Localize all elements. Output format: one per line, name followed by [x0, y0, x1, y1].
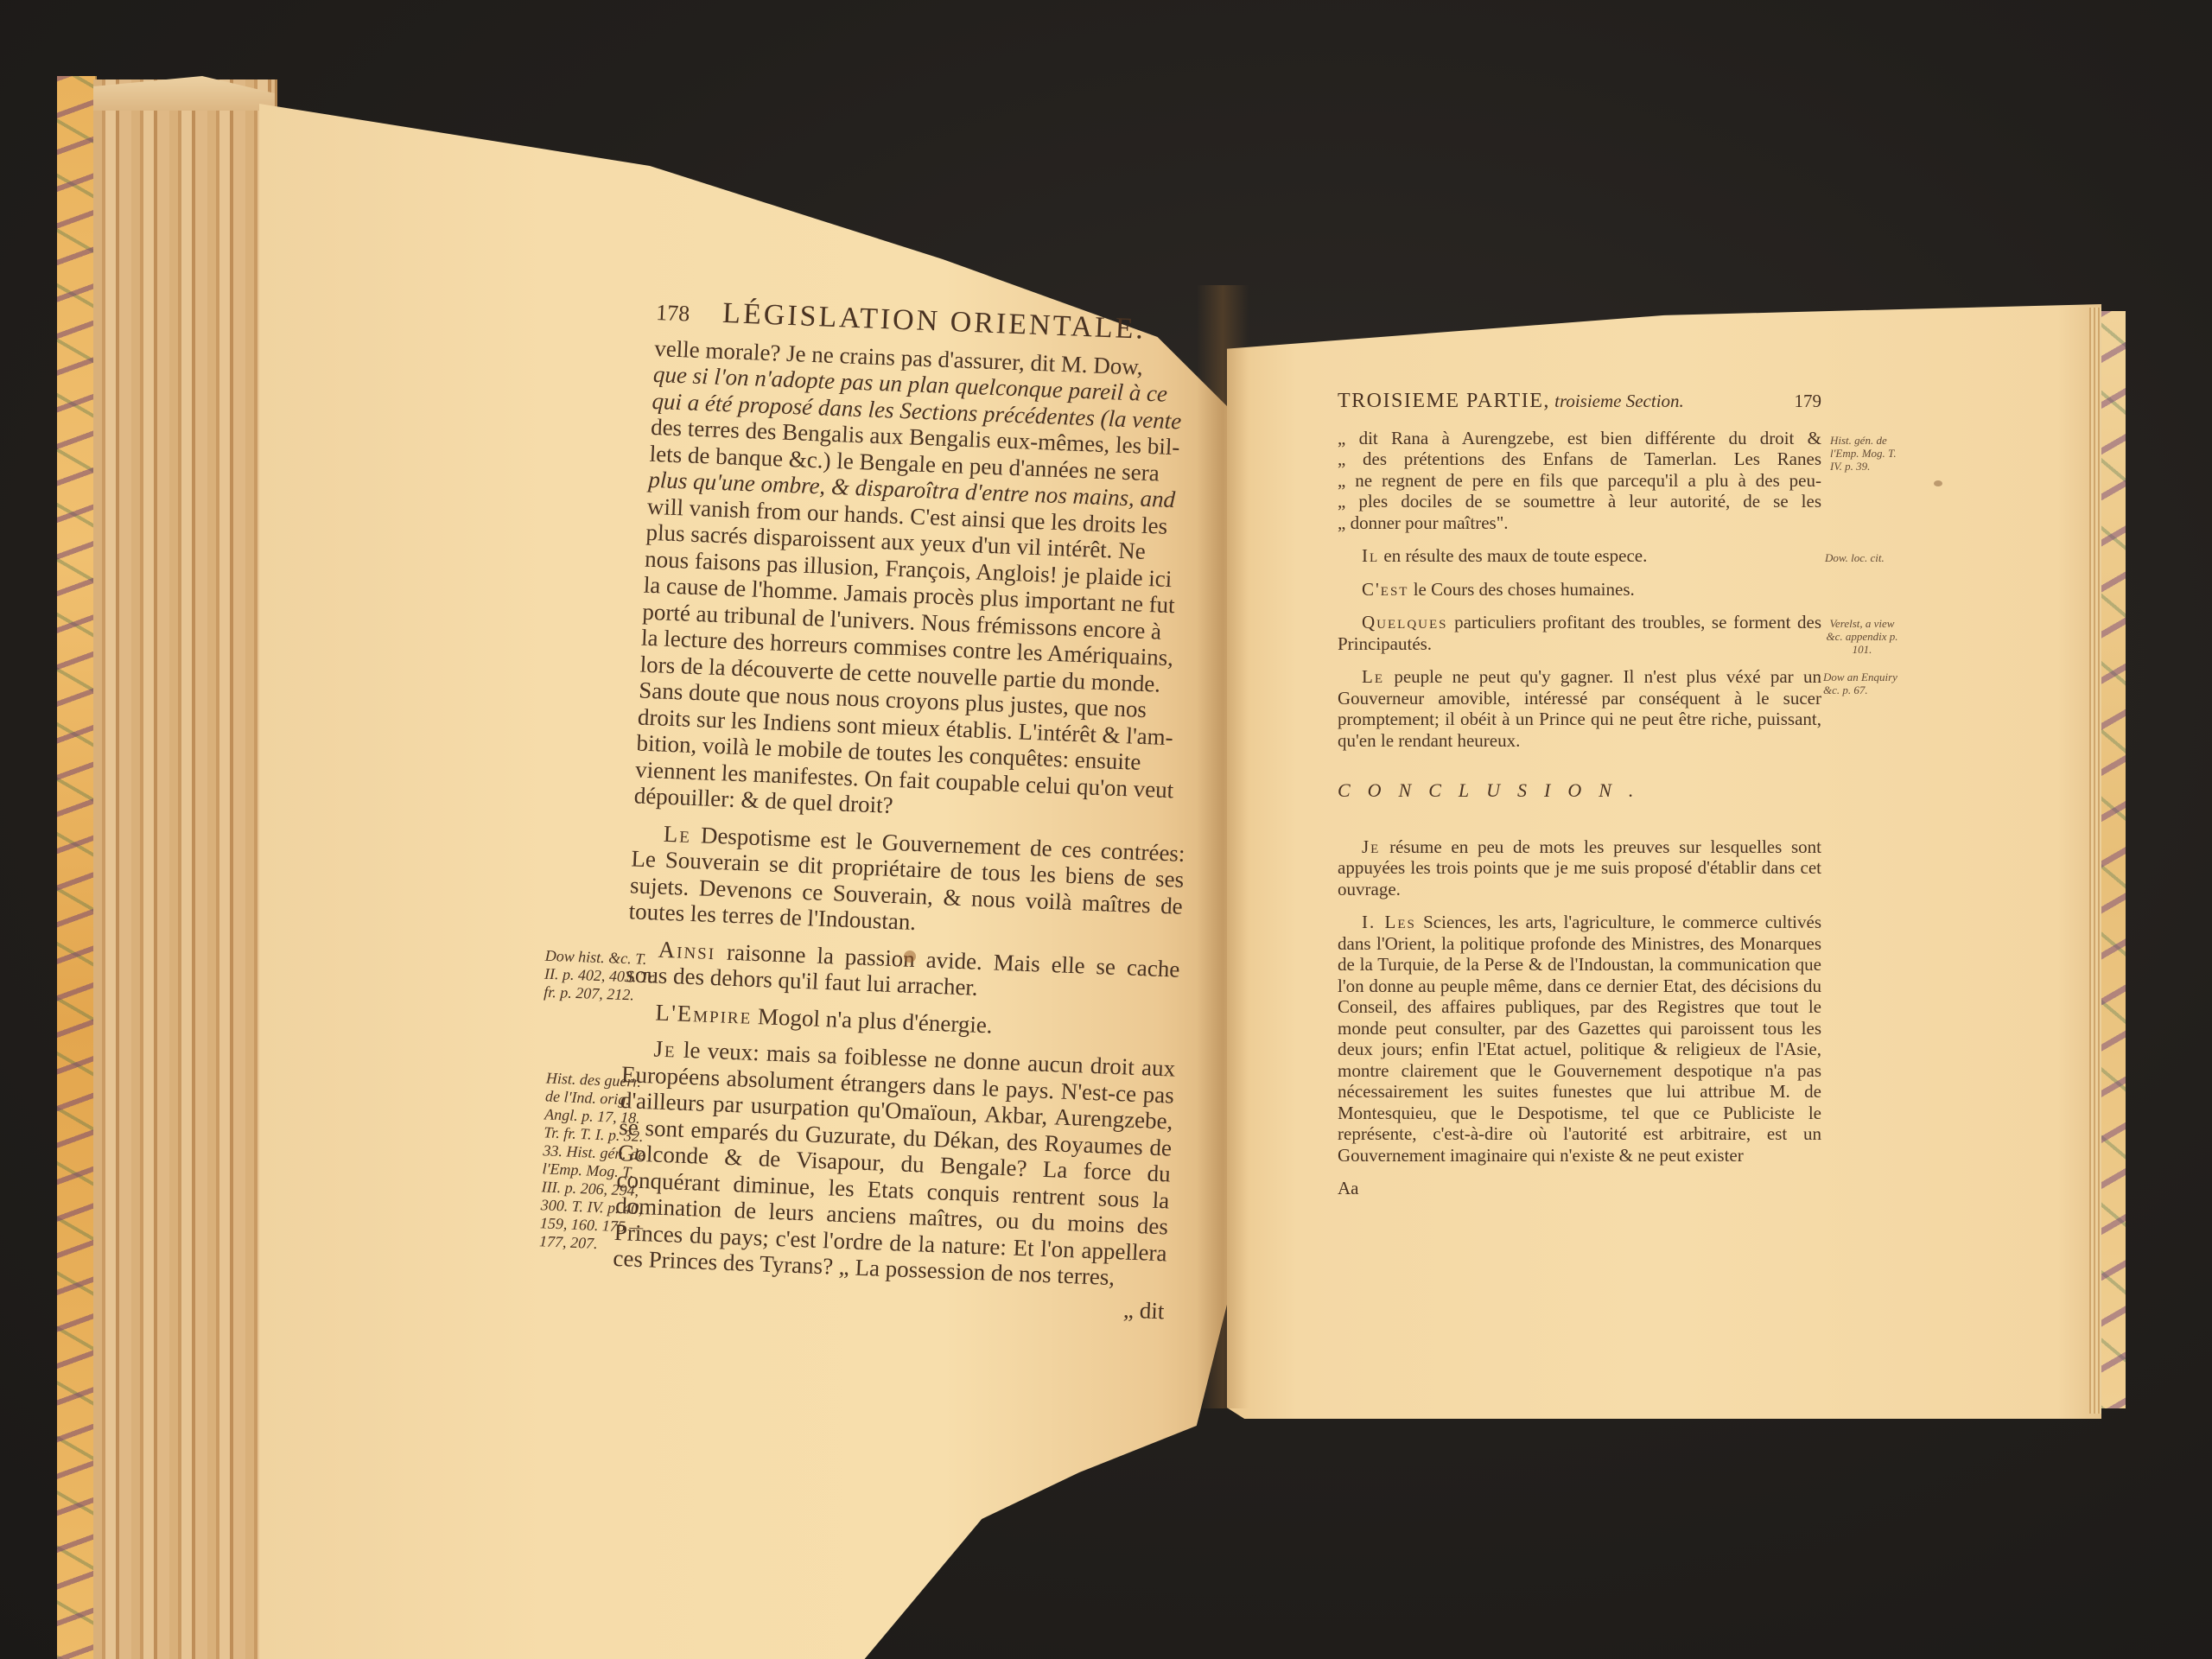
page-number-right: 179 [1795, 391, 1822, 412]
margin-note-dow-enquiry: Dow an Enquiry &c. p. 67. [1823, 671, 1901, 696]
margin-note-dow-hist: Dow hist. &c. T. II. p. 402, 403. Tr. fr… [543, 947, 658, 1005]
right-page-text: TROISIEME PARTIE, troisieme Section. 179… [1338, 391, 1821, 1211]
marbled-cover-right [2098, 311, 2126, 1408]
paragraph-ainsi: Ainsi raisonne la passion avide. Mais el… [626, 935, 1180, 1009]
running-head-title: LÉGISLATION ORIENTALE. [722, 301, 1147, 343]
margin-note-dow-loc-cit: Dow. loc. cit. [1825, 551, 1903, 564]
running-head-title: TROISIEME PARTIE, [1338, 390, 1550, 412]
left-page-text: 178 LÉGISLATION ORIENTALE. velle morale?… [611, 298, 1210, 1334]
paragraph-il-en-resulte: Il en résulte des maux de toute espece. [1338, 545, 1821, 567]
paragraph-cest-le-cours: C'est le Cours des choses humaines. [1338, 579, 1821, 601]
paragraph-despotisme: Le Despotisme est le Gouvernement de ces… [628, 819, 1185, 945]
paragraph-les-sciences: I. Les Sciences, les arts, l'agriculture… [1338, 912, 1821, 1166]
foxing-spot [904, 950, 916, 963]
section-heading-conclusion: CONCLUSION. [1338, 780, 1821, 802]
right-page-block-edge [2089, 308, 2101, 1414]
margin-note-verelst: Verelst, a view &c. appendix p. 101. [1823, 617, 1901, 656]
margin-note-hist-gen: Hist. gén. de l'Emp. Mog. T. IV. p. 39. [1830, 434, 1908, 473]
right-running-head: TROISIEME PARTIE, troisieme Section. 179 [1338, 391, 1821, 412]
paragraph-je-le-veux: Je le veux: mais sa foiblesse ne donne a… [613, 1034, 1176, 1293]
rana-quote: „ dit Rana à Aurengzebe, est bien différ… [1338, 428, 1821, 534]
gutter-shadow [1197, 285, 1249, 1408]
foxing-spot [1934, 480, 1942, 486]
marbled-cover-left [57, 76, 97, 1659]
paragraph-le-peuple: Le peuple ne peut qu'y gagner. Il n'est … [1338, 666, 1821, 751]
paragraph-je-resume: Je résume en peu de mots les preuves sur… [1338, 836, 1821, 900]
page-number-left: 178 [656, 300, 690, 327]
page-block-fore-edge [93, 79, 277, 1659]
margin-note-hist-guerr: Hist. des guerr. de l'Ind. orig. Angl. p… [539, 1069, 659, 1255]
running-head-subtitle: troisieme Section. [1554, 391, 1684, 411]
paragraph-quelques: Quelques particuliers profitant des trou… [1338, 612, 1821, 654]
paragraph-dow-quote: velle morale? Je ne crains pas d'assurer… [633, 334, 1207, 829]
signature-mark: Aa [1338, 1178, 1821, 1199]
